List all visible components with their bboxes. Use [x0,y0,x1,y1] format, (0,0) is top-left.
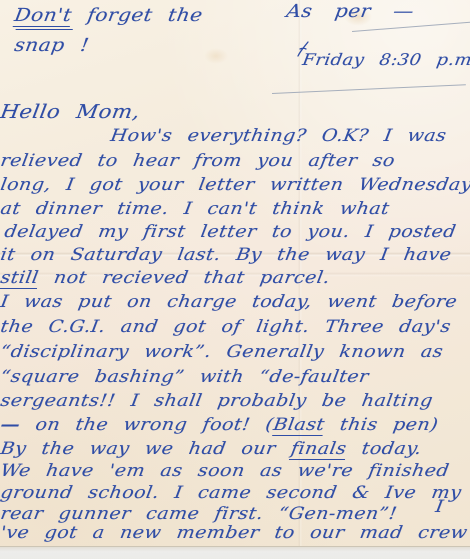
underlined-word: finals [289,439,348,460]
letter-line: By the way we had our finals today. [0,440,423,459]
underlined-word: Blast [272,415,326,436]
pencil-rule [352,22,470,32]
letter-paper: Don't forget the snap ! As per — Friday … [0,0,470,546]
letter-line: How's everything? O.K? I was [109,127,448,146]
line-text: at dinner time. I can't think what [0,199,391,219]
letter-line: 've got a new member to our mad crew [0,524,469,543]
letter-line: long, I got your letter written Wednesda… [0,176,470,195]
line-text: delayed my first letter to you. I posted [3,222,457,242]
line-continuation-i: I [434,498,445,517]
reminder-note: Don't forget the [13,6,204,26]
line-text: relieved to hear from you after so [0,151,396,171]
as-per-note: As per — [285,2,415,22]
line-text: We have 'em as soon as we're finished [0,461,451,481]
scanner-edge [0,546,470,559]
letter-line: rear gunner came first. “Gen-men”! [0,505,398,524]
reminder-underlined-word: Don't [13,5,74,27]
line-text: ground school. I came second & Ive my [0,483,463,503]
reminder-rest: forget the [70,5,204,26]
paper-stain [204,48,228,64]
letter-line: it on Saturday last. By the way I have [0,246,453,265]
line-text: “disciplinary work”. Generally known as [0,342,445,362]
line-text: “square bashing” with “de-faulter [0,367,370,387]
underlined-word: still [0,268,40,289]
line-text: I [434,497,445,517]
line-text: on the wrong foot! ( [18,415,275,435]
line-text: rear gunner came first. “Gen-men”! [0,504,399,524]
letter-line: ground school. I came second & Ive my [0,484,463,503]
letter-line: sergeants!! I shall probably be halting [0,392,434,411]
line-text: it on Saturday last. By the way I have [0,245,453,265]
line-text: today. [345,439,423,459]
letter-line: delayed my first letter to you. I posted [3,223,457,242]
salutation: Hello Mom, [0,102,141,123]
date-time: Friday 8:30 p.m. [301,51,470,69]
line-text: not recieved that parcel. [37,268,331,288]
line-text: I was put on charge today, went before [0,292,459,312]
line-text: this pen) [323,415,440,435]
letter-line: at dinner time. I can't think what [0,200,391,219]
letter-line: still not recieved that parcel. [0,269,331,288]
letter-line: I was put on charge today, went before [0,293,458,312]
reminder-note-line2: snap ! [13,36,91,56]
letter-line: relieved to hear from you after so [0,152,396,171]
line-text: long, I got your letter written Wednesda… [0,175,470,195]
letter-line: — on the wrong foot! (Blast this pen) [0,416,439,435]
line-text: By the way we had our [0,439,293,459]
letter-line: “square bashing” with “de-faulter [0,368,370,387]
letter-line: “disciplinary work”. Generally known as [0,343,444,362]
letter-line: We have 'em as soon as we're finished [0,462,451,481]
line-text: sergeants!! I shall probably be halting [0,391,434,411]
line-text: the C.G.I. and got of light. Three day's [0,317,452,337]
letter-line: the C.G.I. and got of light. Three day's [0,318,452,337]
line-text: 've got a new member to our mad crew [0,523,469,543]
line-text: How's everything? O.K? I was [109,126,448,146]
